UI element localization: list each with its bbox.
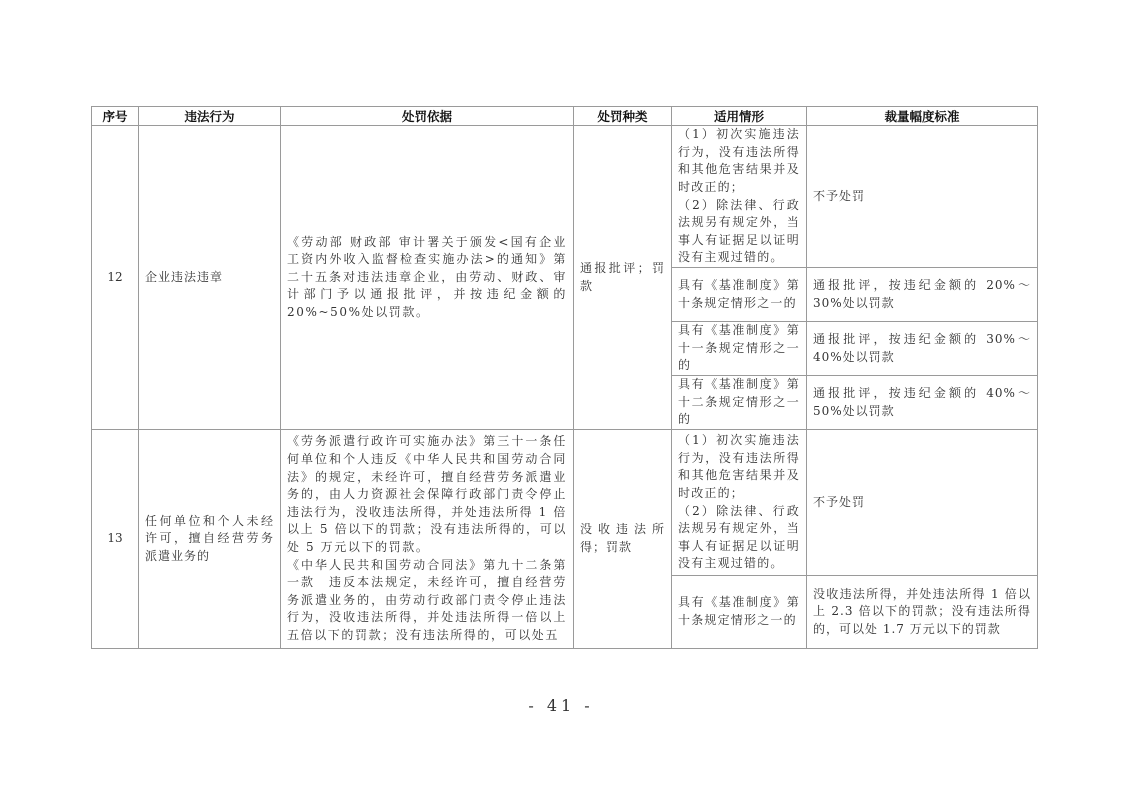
violation-cell: 企业违法违章 xyxy=(139,126,281,430)
header-violation: 违法行为 xyxy=(139,107,281,126)
serial-no-cell: 12 xyxy=(92,126,139,430)
violation-cell: 任何单位和个人未经许可，擅自经营劳务派遣业务的 xyxy=(139,430,281,649)
penalty-type-cell: 通报批评；罚款 xyxy=(574,126,672,430)
penalty-basis-cell: 《劳动部 财政部 审计署关于颁发<国有企业工资内外收入监督检查实施办法>的通知》… xyxy=(281,126,574,430)
header-serial-no: 序号 xyxy=(92,107,139,126)
standard-cell: 通报批评，按违纪金额的 30%～40%处以罚款 xyxy=(807,322,1038,376)
standard-cell: 没收违法所得，并处违法所得 1 倍以上 2.3 倍以下的罚款；没有违法所得的，可… xyxy=(807,576,1038,649)
situation-cell: 具有《基准制度》第十一条规定情形之一的 xyxy=(672,322,807,376)
table-header-row: 序号 违法行为 处罚依据 处罚种类 适用情形 裁量幅度标准 xyxy=(92,107,1038,126)
standard-cell: 不予处罚 xyxy=(807,430,1038,576)
penalty-basis-cell: 《劳务派遣行政许可实施办法》第三十一条任何单位和个人违反《中华人民共和国劳动合同… xyxy=(281,430,574,649)
standard-cell: 通报批评，按违纪金额的 20%～30%处以罚款 xyxy=(807,268,1038,322)
penalty-type-cell: 没收违法所得；罚款 xyxy=(574,430,672,649)
penalty-discretion-table: 序号 违法行为 处罚依据 处罚种类 适用情形 裁量幅度标准 12 企业违法违章 … xyxy=(91,106,1038,649)
page-number: - 41 - xyxy=(0,696,1122,715)
serial-no-cell: 13 xyxy=(92,430,139,649)
situation-cell: （1）初次实施违法行为，没有违法所得和其他危害结果并及时改正的； （2）除法律、… xyxy=(672,126,807,268)
header-penalty-type: 处罚种类 xyxy=(574,107,672,126)
situation-cell: 具有《基准制度》第十条规定情形之一的 xyxy=(672,576,807,649)
document-page: 序号 违法行为 处罚依据 处罚种类 适用情形 裁量幅度标准 12 企业违法违章 … xyxy=(0,0,1122,793)
table-row: 12 企业违法违章 《劳动部 财政部 审计署关于颁发<国有企业工资内外收入监督检… xyxy=(92,126,1038,268)
table-row: 13 任何单位和个人未经许可，擅自经营劳务派遣业务的 《劳务派遣行政许可实施办法… xyxy=(92,430,1038,576)
standard-cell: 通报批评，按违纪金额的 40%～50%处以罚款 xyxy=(807,376,1038,430)
header-applicable-situation: 适用情形 xyxy=(672,107,807,126)
header-discretion-standard: 裁量幅度标准 xyxy=(807,107,1038,126)
situation-cell: 具有《基准制度》第十条规定情形之一的 xyxy=(672,268,807,322)
situation-cell: 具有《基准制度》第十二条规定情形之一的 xyxy=(672,376,807,430)
situation-cell: （1）初次实施违法行为，没有违法所得和其他危害结果并及时改正的； （2）除法律、… xyxy=(672,430,807,576)
header-penalty-basis: 处罚依据 xyxy=(281,107,574,126)
standard-cell: 不予处罚 xyxy=(807,126,1038,268)
